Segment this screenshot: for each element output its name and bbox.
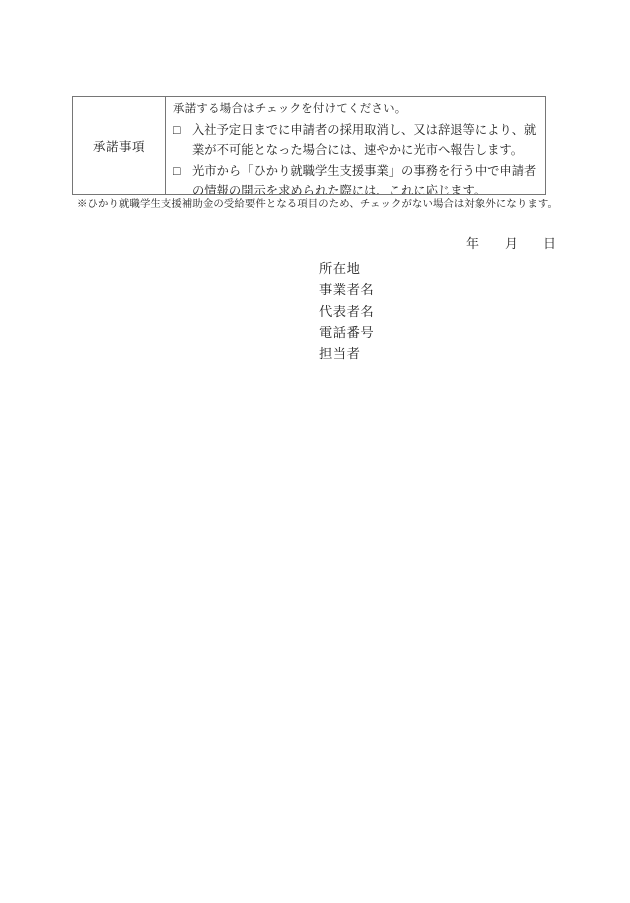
signature-field-label-representative-name: 代表者名 — [319, 301, 374, 322]
document-page: 承諾事項 承諾する場合はチェックを付けてください。 □ 入社予定日までに申請者の… — [0, 0, 630, 903]
consent-table-header-cell: 承諾事項 — [73, 97, 166, 194]
signature-field-label-address: 所在地 — [319, 258, 374, 279]
signature-field-label-business-name: 事業者名 — [319, 279, 374, 300]
consent-table-body-cell: 承諾する場合はチェックを付けてください。 □ 入社予定日までに申請者の採用取消し… — [166, 97, 545, 194]
consent-item-2: □ 光市から「ひかり就職学生支援事業」の事務を行う中で申請者 の情報の開示を求め… — [173, 161, 539, 196]
date-year-label: 年 — [466, 237, 479, 251]
checkbox-icon[interactable]: □ — [173, 120, 192, 141]
consent-item-2-text: 光市から「ひかり就職学生支援事業」の事務を行う中で申請者 の情報の開示を求められ… — [192, 161, 536, 196]
date-day-label: 日 — [543, 237, 556, 251]
consent-intro-text: 承諾する場合はチェックを付けてください。 — [173, 99, 539, 120]
signature-field-label-phone-number: 電話番号 — [319, 322, 374, 343]
consent-item-2-line-1: 光市から「ひかり就職学生支援事業」の事務を行う中で申請者 — [192, 161, 536, 182]
consent-item-1-line-1: 入社予定日までに申請者の採用取消し、又は辞退等により、就 — [192, 120, 536, 141]
footnote-text: ※ひかり就職学生支援補助金の受給要件となる項目のため、チェックがない場合は対象外… — [77, 198, 558, 212]
signature-field-label-contact-person: 担当者 — [319, 343, 374, 364]
consent-item-1: □ 入社予定日までに申請者の採用取消し、又は辞退等により、就 業が不可能となった… — [173, 120, 539, 161]
consent-item-1-text: 入社予定日までに申請者の採用取消し、又は辞退等により、就 業が不可能となった場合… — [192, 120, 536, 161]
consent-item-1-line-2: 業が不可能となった場合には、速やかに光市へ報告します。 — [192, 140, 536, 161]
date-month-label: 月 — [505, 237, 518, 251]
consent-item-2-line-2: の情報の開示を求められた際には、これに応じます。 — [192, 181, 536, 195]
consent-table: 承諾事項 承諾する場合はチェックを付けてください。 □ 入社予定日までに申請者の… — [72, 96, 546, 195]
signature-fields: 所在地 事業者名 代表者名 電話番号 担当者 — [319, 258, 374, 364]
checkbox-icon[interactable]: □ — [173, 161, 192, 182]
consent-header-label: 承諾事項 — [93, 137, 145, 155]
